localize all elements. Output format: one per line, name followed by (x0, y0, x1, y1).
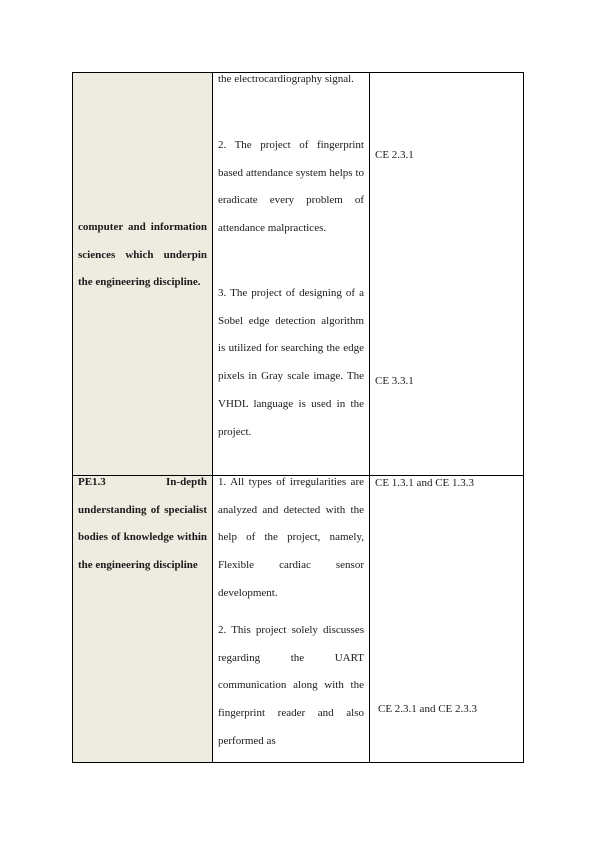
evidence-cell: 1. All types of irregularities are analy… (213, 476, 370, 763)
criterion-text: PE1.3 In-depth understanding of speciali… (73, 469, 212, 580)
criterion-cell: PE1.3 In-depth understanding of speciali… (73, 476, 213, 763)
ce-reference: CE 2.3.1 (375, 148, 414, 162)
reference-cell: CE 2.3.1 CE 3.3.1 (370, 73, 524, 476)
table-row: PE1.3 In-depth understanding of speciali… (73, 476, 524, 763)
ce-reference: CE 3.3.1 (375, 374, 414, 388)
criterion-cell: computer and information sciences which … (73, 73, 213, 476)
evidence-paragraph: 3. The project of designing of a Sobel e… (213, 280, 369, 446)
document-page: computer and information sciences which … (0, 0, 596, 842)
reference-cell: CE 1.3.1 and CE 1.3.3 CE 2.3.1 and CE 2.… (370, 476, 524, 763)
evidence-paragraph: 2. The project of fingerprint based atte… (213, 132, 369, 243)
table-row: computer and information sciences which … (73, 73, 524, 476)
evidence-cell: the electrocardiography signal. 2. The p… (213, 73, 370, 476)
evidence-paragraph: 1. All types of irregularities are analy… (213, 469, 369, 608)
ce-reference: CE 2.3.1 and CE 2.3.3 (378, 702, 477, 716)
ce-reference: CE 1.3.1 and CE 1.3.3 (375, 476, 474, 490)
criterion-text: computer and information sciences which … (73, 214, 212, 297)
competency-table: computer and information sciences which … (72, 72, 524, 763)
evidence-paragraph: 2. This project solely discusses regardi… (213, 617, 369, 756)
evidence-paragraph: the electrocardiography signal. (213, 66, 369, 94)
